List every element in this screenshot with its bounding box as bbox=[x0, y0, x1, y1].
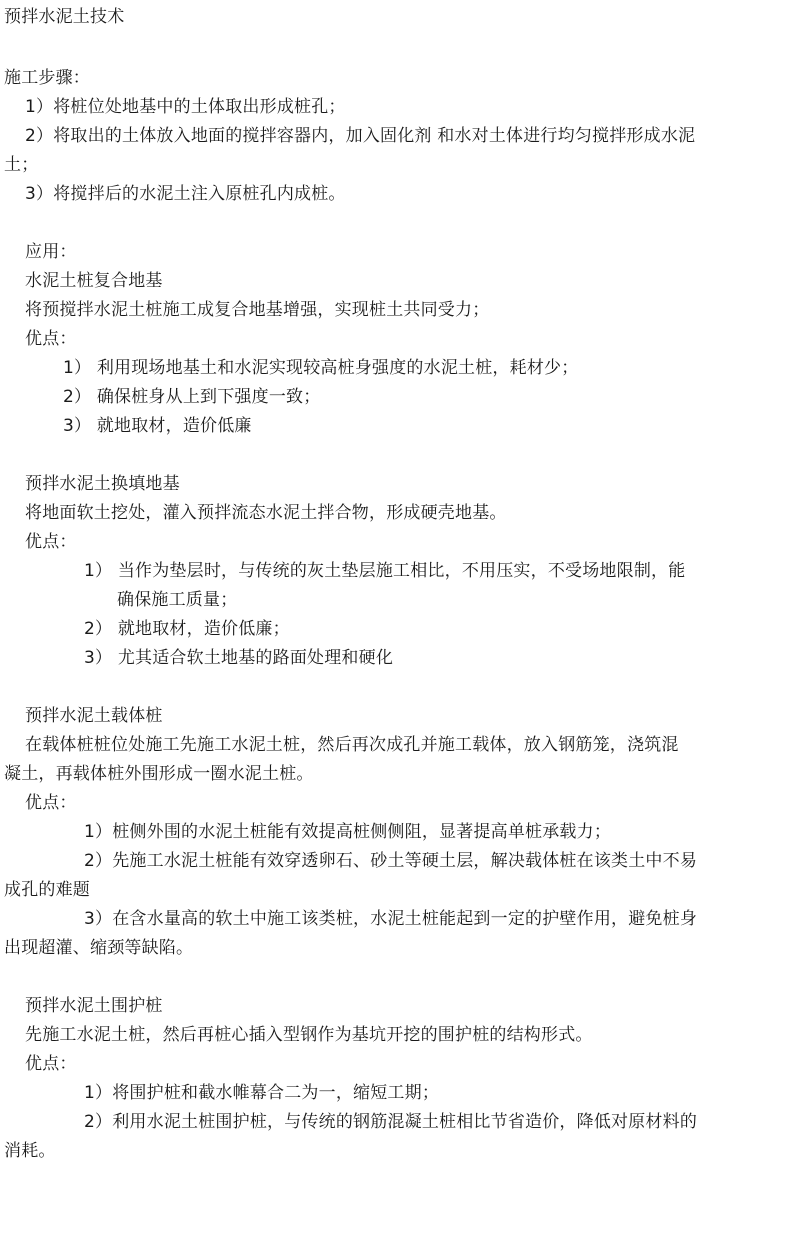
advantage-item-continued: 消耗。 bbox=[4, 1140, 56, 1162]
section-desc: 将预搅拌水泥土桩施工成复合地基增强，实现桩土共同受力； bbox=[25, 299, 489, 321]
step-item: 1）将桩位处地基中的土体取出形成桩孔； bbox=[25, 96, 346, 118]
step-item: 3）将搅拌后的水泥土注入原桩孔内成桩。 bbox=[25, 183, 346, 205]
advantages-label: 优点： bbox=[25, 328, 77, 350]
section-title: 预拌水泥土换填地基 bbox=[25, 473, 180, 495]
steps-heading: 施工步骤： bbox=[4, 67, 90, 89]
step-item: 2）将取出的土体放入地面的搅拌容器内，加入固化剂 和水对土体进行均匀搅拌形成水泥 bbox=[25, 125, 695, 147]
section-desc: 在载体桩桩位处施工先施工水泥土桩，然后再次成孔并施工载体，放入钢筋笼，浇筑混 bbox=[25, 734, 679, 756]
advantage-item-continued: 确保施工质量； bbox=[117, 589, 237, 611]
advantage-item-continued: 成孔的难题 bbox=[4, 879, 90, 901]
advantage-item: 2）利用水泥土桩围护桩，与传统的钢筋混凝土桩相比节省造价，降低对原材料的 bbox=[84, 1111, 697, 1133]
section-title: 水泥土桩复合地基 bbox=[25, 270, 163, 292]
advantages-label: 优点： bbox=[25, 1053, 77, 1075]
advantage-item: 2） 确保桩身从上到下强度一致； bbox=[63, 386, 320, 408]
section-desc: 将地面软土挖处，灌入预拌流态水泥土拌合物，形成硬壳地基。 bbox=[25, 502, 507, 524]
section-desc-continued: 凝土，再载体桩外围形成一圈水泥土桩。 bbox=[4, 763, 314, 785]
advantage-item-continued: 出现超灌、缩颈等缺陷。 bbox=[4, 937, 193, 959]
advantages-label: 优点： bbox=[25, 792, 77, 814]
advantage-item: 2） 就地取材，造价低廉； bbox=[84, 618, 290, 640]
section-title: 预拌水泥土载体桩 bbox=[25, 705, 163, 727]
advantage-item: 3） 就地取材，造价低廉 bbox=[63, 415, 252, 437]
advantage-item: 1）桩侧外围的水泥土桩能有效提高桩侧侧阻，显著提高单桩承载力； bbox=[84, 821, 611, 843]
application-heading: 应用： bbox=[25, 241, 77, 263]
advantage-item: 1）将围护桩和截水帷幕合二为一，缩短工期； bbox=[84, 1082, 439, 1104]
advantage-item: 3） 尤其适合软土地基的路面处理和硬化 bbox=[84, 647, 393, 669]
advantage-item: 1） 利用现场地基土和水泥实现较高桩身强度的水泥土桩，耗材少； bbox=[63, 357, 578, 379]
advantage-item: 1） 当作为垫层时，与传统的灰土垫层施工相比，不用压实，不受场地限制，能 bbox=[84, 560, 685, 582]
section-title: 预拌水泥土围护桩 bbox=[25, 995, 163, 1017]
document-title: 预拌水泥土技术 bbox=[4, 6, 124, 28]
advantages-label: 优点： bbox=[25, 531, 77, 553]
advantage-item: 2）先施工水泥土桩能有效穿透卵石、砂土等硬土层，解决载体桩在该类土中不易 bbox=[84, 850, 697, 872]
section-desc: 先施工水泥土桩，然后再桩心插入型钢作为基坑开挖的围护桩的结构形式。 bbox=[25, 1024, 593, 1046]
step-item-continued: 土； bbox=[4, 154, 38, 176]
advantage-item: 3）在含水量高的软土中施工该类桩，水泥土桩能起到一定的护壁作用，避免桩身 bbox=[84, 908, 697, 930]
